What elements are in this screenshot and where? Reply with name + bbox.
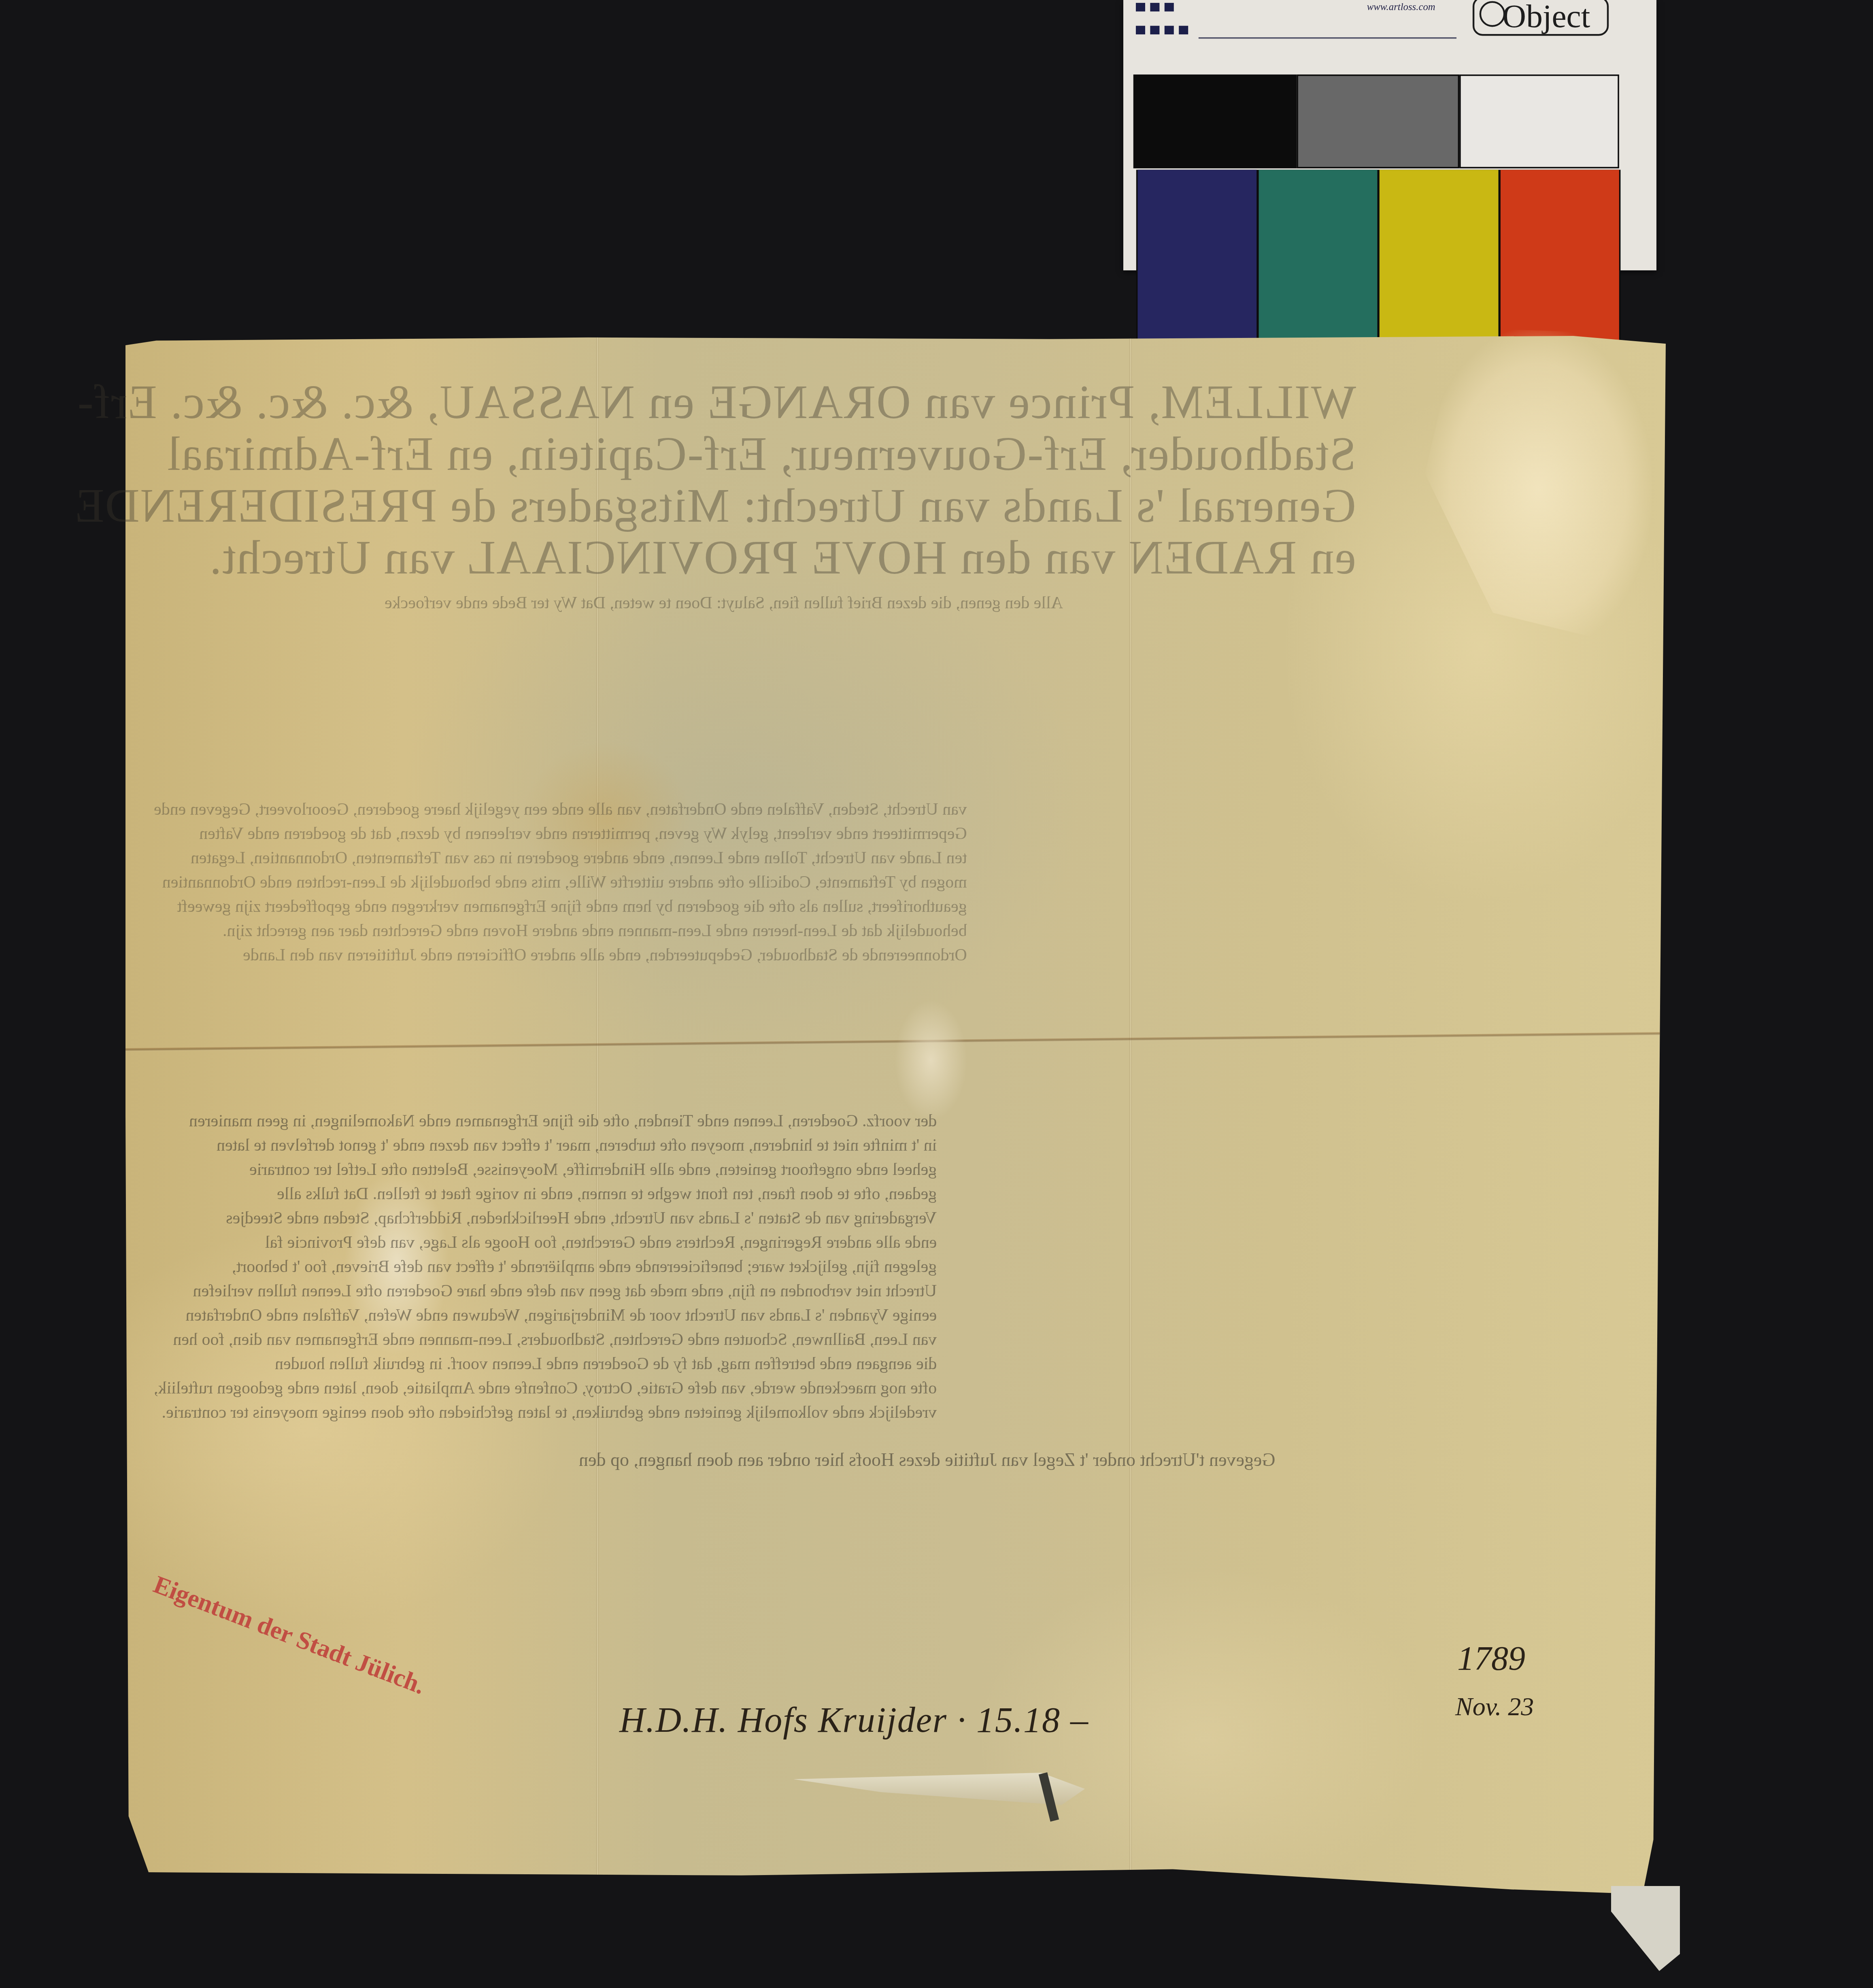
body-line: van Utrecht, Steden, Vaffalen ende Onder… (154, 797, 967, 822)
body-line: in 't minfte niet te hinderen, moeyen of… (154, 1133, 937, 1158)
body-line: ten Lande van Utrecht, Tollen ende Leene… (154, 846, 967, 870)
body-line: gelegen fijn, gelijcket ware; beneficiee… (154, 1255, 937, 1279)
intro-line: Alle den genen, die dezen Brief fullen f… (385, 591, 1063, 615)
body-line: vredelijck ende volkomelijk genieten end… (154, 1400, 937, 1425)
swatch-gray (1297, 74, 1459, 168)
body-line: Gepermitteert ende verleent, gelyk Wy ge… (154, 822, 967, 846)
stain (895, 1000, 967, 1121)
card-rule (1199, 37, 1456, 39)
closing-line: Gegeven t'Utrecht onder 't Zegel van Juf… (579, 1449, 1276, 1470)
body-line: Utrecht niet verbonden en fijn, ende med… (154, 1279, 937, 1303)
body-line: Vergadering van de Staten 's Lands van U… (154, 1206, 937, 1230)
document-title: WILLEM, Prince van ORANGE en NASSAU, &c.… (312, 376, 1356, 584)
handwritten-date: Nov. 23 (1455, 1692, 1534, 1722)
body-line: gedaen, ofte te doen ftaen, ten ftont we… (154, 1182, 937, 1206)
body-line: der voorfz. Goederen, Leenen ende Tiende… (154, 1109, 937, 1133)
body-line: geheel ende ongeftoort genieten, ende al… (154, 1158, 937, 1182)
folded-corner (1611, 1886, 1680, 1971)
body-line: ende alle andere Regeringen, Rechters en… (154, 1230, 937, 1255)
body-line: geauthorifeert, sullen als ofte die goed… (154, 894, 967, 919)
body-line: behoudelijk dat de Leen-heeren ende Leen… (154, 919, 967, 943)
card-url: www.artloss.com (1367, 2, 1435, 13)
title-line: en RADEN van den HOVE PROVINCIAAL van Ut… (312, 532, 1356, 584)
body-line: mogen by Teftamente, Codicille ofte ande… (154, 870, 967, 894)
title-line: Stadhouder, Erf-Gouverneur, Erf-Capitein… (312, 428, 1356, 480)
body-line: van Leen, Baillnwen, Schouten ende Gerec… (154, 1327, 937, 1352)
title-line: WILLEM, Prince van ORANGE en NASSAU, &c.… (312, 376, 1356, 428)
color-reference-card: www.artloss.com Object ID cm (1123, 0, 1656, 270)
title-line: Generaal 's Lands van Utrecht: Mitsgader… (312, 480, 1356, 532)
grayscale-swatches (1133, 74, 1619, 168)
artloss-logo-icon (1132, 0, 1186, 21)
handwritten-signature: H.D.H. Hofs Kruijder · 15.18 – (619, 1700, 1089, 1741)
globe-icon (1480, 1, 1505, 27)
handwritten-year: 1789 (1457, 1639, 1525, 1678)
body-line: die aengaen ende betreffen mag, dat fy d… (154, 1352, 937, 1376)
body-line: eenige Vyanden 's Lands van Utrecht voor… (154, 1303, 937, 1327)
object-id-label: Object ID (1502, 0, 1590, 36)
swatch-white (1459, 74, 1619, 168)
swatch-black (1133, 74, 1297, 168)
body-line: ofte nog maeckende werde, van defe Grati… (154, 1376, 937, 1400)
document-body-lower: der voorfz. Goederen, Leenen ende Tiende… (154, 1109, 937, 1425)
document-body-upper: van Utrecht, Steden, Vaffalen ende Onder… (154, 797, 967, 967)
body-line: Ordonneerende de Stadhouder, Gedeputeerd… (154, 943, 967, 967)
object-id-badge: Object ID (1473, 0, 1609, 36)
